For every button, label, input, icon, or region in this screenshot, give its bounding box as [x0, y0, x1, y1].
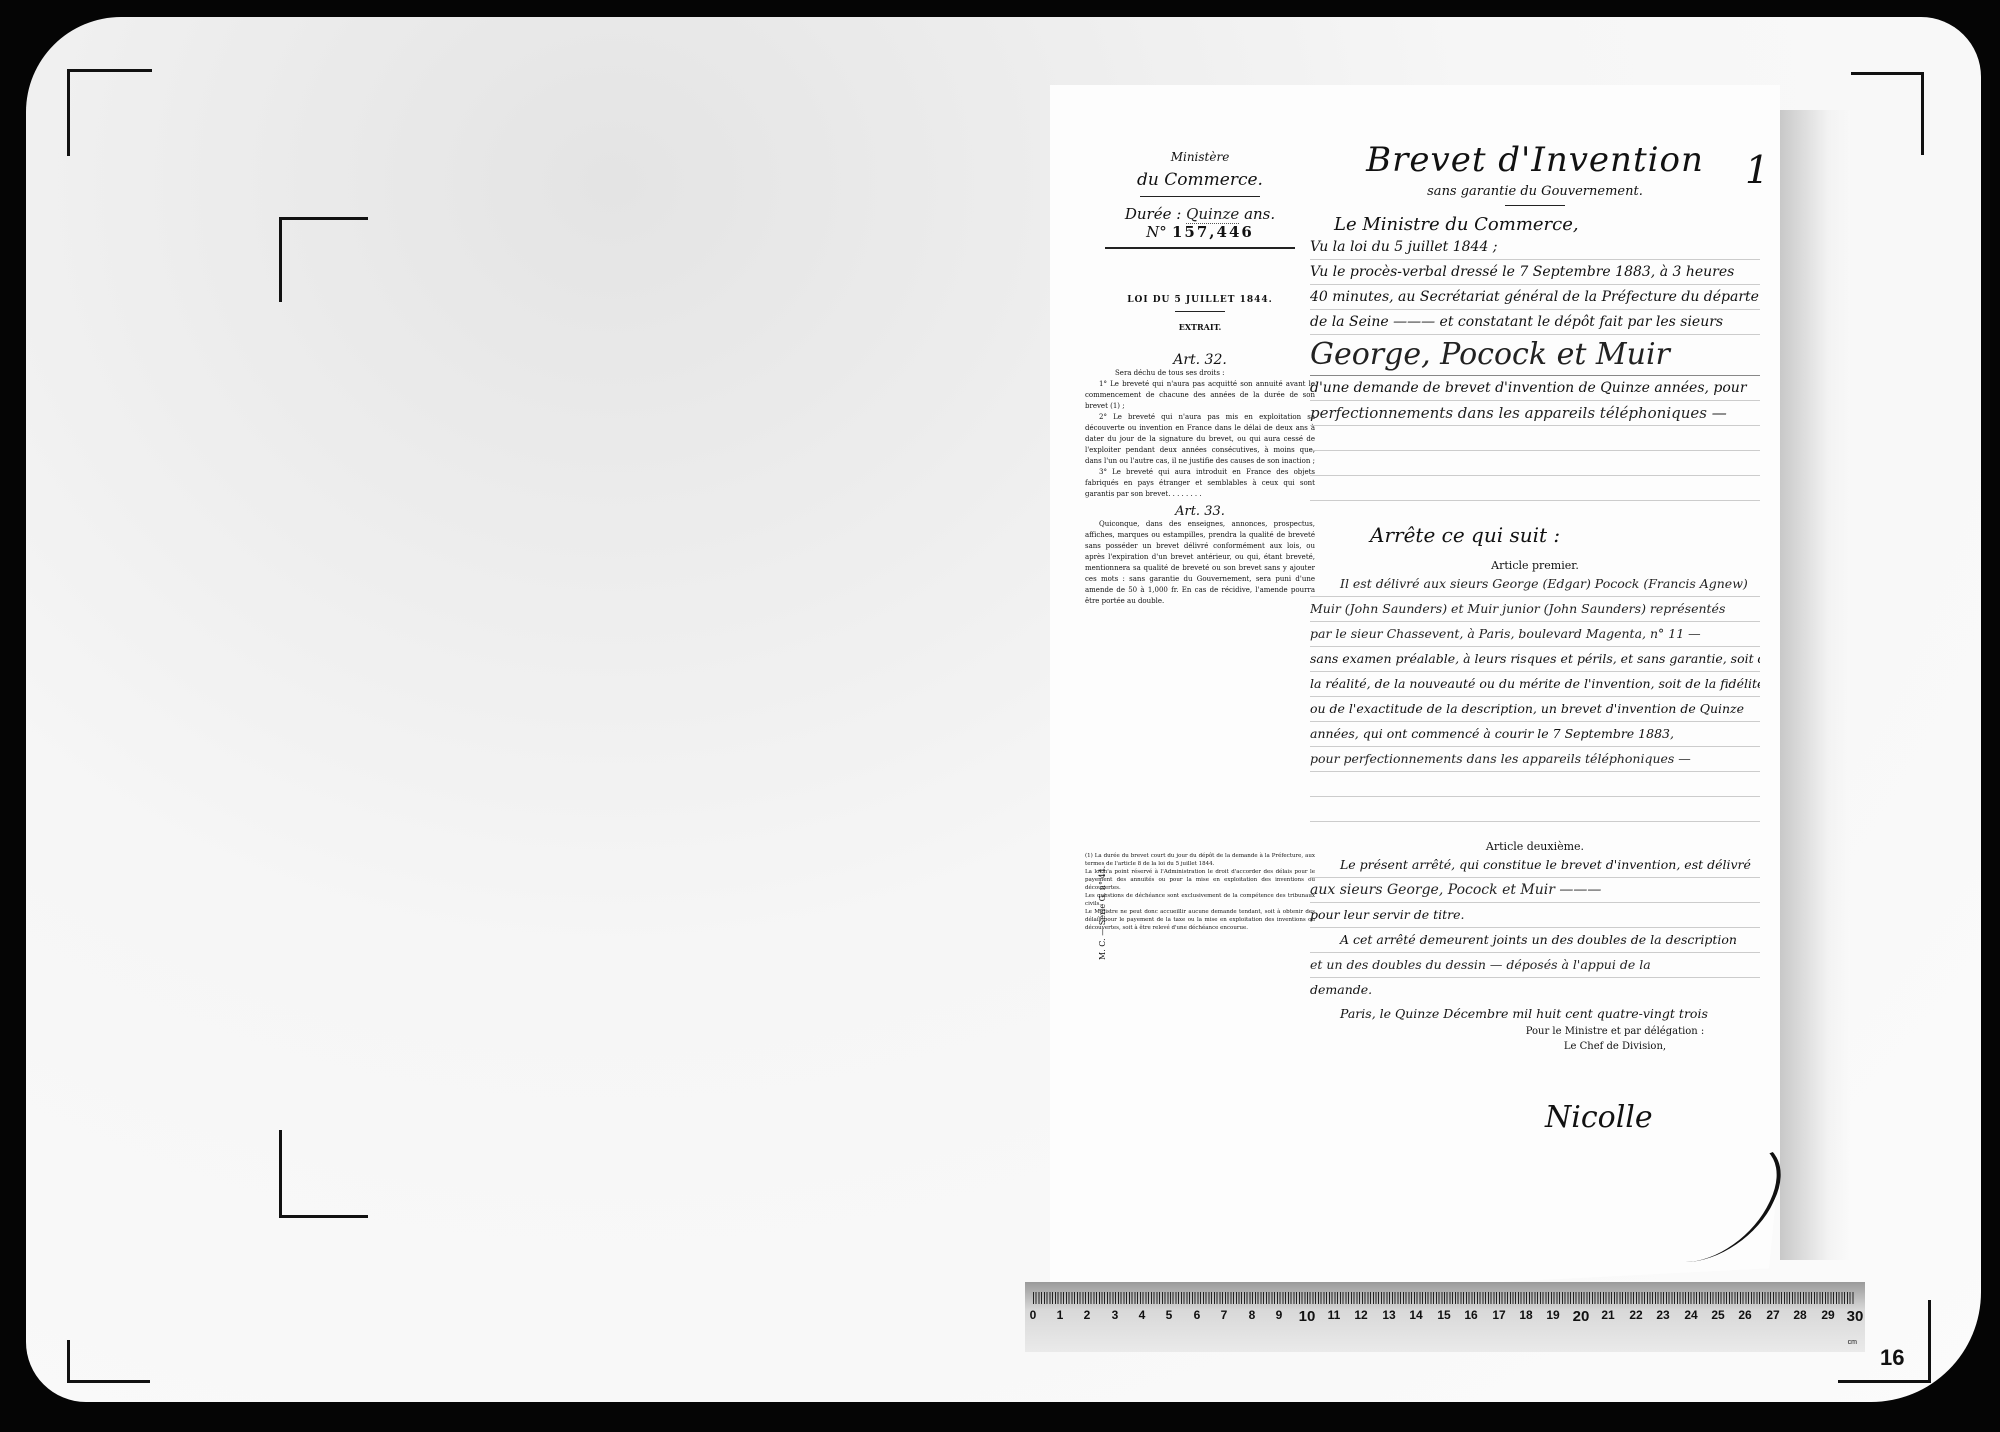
ruler-label: 28 — [1793, 1308, 1806, 1322]
ruler-label: 0 — [1030, 1308, 1037, 1322]
chief-title: Le Chef de Division, — [1470, 1041, 1760, 1052]
ruler-label: 30 — [1847, 1308, 1864, 1325]
page-number: 16 — [1880, 1345, 1904, 1371]
divider — [1505, 205, 1565, 206]
blank-line — [1310, 476, 1760, 501]
article1-line: sans examen préalable, à leurs risques e… — [1310, 647, 1760, 672]
duration-value: Quinze — [1186, 205, 1239, 224]
ruler-label: 24 — [1684, 1308, 1697, 1322]
ruler-label: 27 — [1766, 1308, 1779, 1322]
ruler-label: 5 — [1166, 1308, 1173, 1322]
ruler-label: 19 — [1546, 1308, 1559, 1322]
ruler-label: 6 — [1194, 1308, 1201, 1322]
art32-para-3: 3° Le breveté qui aura introduit en Fran… — [1085, 467, 1315, 500]
article1-title: Article premier. — [1310, 559, 1760, 572]
ruler-label: 8 — [1249, 1308, 1256, 1322]
article2-line: Le présent arrêté, qui constitue le brev… — [1310, 853, 1760, 878]
article1-line: ou de l'exactitude de la description, un… — [1310, 697, 1760, 722]
footnotes: (1) La durée du brevet court du jour du … — [1085, 852, 1315, 932]
sheet-number: 1 — [1745, 148, 1769, 192]
minister-heading: Le Ministre du Commerce, — [1334, 214, 1760, 235]
divider — [1105, 247, 1295, 249]
art32-para-0: Sera déchu de tous ses droits : — [1085, 368, 1315, 379]
article2-line: aux sieurs George, Pocock et Muir ——— — [1310, 878, 1760, 903]
ruler-unit: cm — [1848, 1339, 1857, 1346]
ruler-label: 13 — [1382, 1308, 1395, 1322]
patent-number-field: N° 157,446 — [1085, 223, 1315, 241]
blank-line — [1310, 451, 1760, 476]
article2-title: Article deuxième. — [1310, 840, 1760, 853]
crop-mark-bottom-left — [67, 1340, 150, 1383]
art33-text: Quiconque, dans des enseignes, annonces,… — [1085, 519, 1315, 607]
footnote-0: (1) La durée du brevet court du jour du … — [1085, 852, 1315, 868]
blank-line — [1310, 772, 1760, 797]
footnote-2: Les questions de déchéance sont exclusiv… — [1085, 892, 1315, 908]
crop-mark-inner-bottom-left — [279, 1130, 368, 1218]
ruler-label: 18 — [1519, 1308, 1532, 1322]
crop-mark-top-left — [67, 69, 152, 156]
article1-line: Il est délivré aux sieurs George (Edgar)… — [1310, 572, 1760, 597]
demand-line: d'une demande de brevet d'invention de Q… — [1310, 376, 1760, 401]
patent-number: 157,446 — [1172, 223, 1254, 241]
ruler-label: 3 — [1112, 1308, 1119, 1322]
art32-para-1: 1° Le breveté qui n'aura pas acquitté so… — [1085, 379, 1315, 412]
document-main-column: Brevet d'Invention sans garantie du Gouv… — [1310, 140, 1760, 1052]
law-heading: LOI DU 5 JUILLET 1844. — [1085, 295, 1315, 305]
art32-title: Art. 32. — [1085, 352, 1315, 368]
purpose-line: perfectionnements dans les appareils tél… — [1310, 401, 1760, 426]
duration-label: Durée : — [1125, 205, 1181, 223]
ruler-label: 25 — [1711, 1308, 1724, 1322]
vu-line-4: de la Seine ——— et constatant le dépôt f… — [1310, 310, 1760, 335]
duration-unit: ans. — [1244, 205, 1275, 223]
crop-mark-inner-top-left — [279, 217, 368, 302]
ruler-label: 21 — [1601, 1308, 1614, 1322]
blank-line — [1310, 797, 1760, 822]
form-reference: M. C. — Série G, n° 44. — [1098, 866, 1107, 960]
art33-title: Art. 33. — [1085, 504, 1315, 519]
article2-line: pour leur servir de titre. — [1310, 903, 1760, 928]
footnote-1: La loi n'a point réservé à l'Administrat… — [1085, 868, 1315, 892]
article1-line: par le sieur Chassevent, à Paris, boulev… — [1310, 622, 1760, 647]
ruler-label: 26 — [1738, 1308, 1751, 1322]
vu-line-2: Vu le procès-verbal dressé le 7 Septembr… — [1310, 260, 1760, 285]
article1-line: Muir (John Saunders) et Muir junior (Joh… — [1310, 597, 1760, 622]
art32-para-2: 2° Le breveté qui n'aura pas mis en expl… — [1085, 412, 1315, 467]
ruler-label: 15 — [1437, 1308, 1450, 1322]
vu-line-3: 40 minutes, au Secrétariat général de la… — [1310, 285, 1760, 310]
article2-line: demande. — [1310, 978, 1760, 1002]
vu-line-1: Vu la loi du 5 juillet 1844 ; — [1310, 235, 1760, 260]
ruler-label: 11 — [1328, 1308, 1341, 1322]
applicants-names: George, Pocock et Muir — [1310, 335, 1760, 376]
document-title: Brevet d'Invention — [1310, 140, 1760, 180]
ruler-label: 20 — [1573, 1308, 1590, 1325]
ruler-labels: 0 1 2 3 4 5 6 7 8 9 10 11 12 13 14 15 16… — [1025, 1308, 1865, 1328]
date-line: Paris, le Quinze Décembre mil huit cent … — [1310, 1002, 1760, 1026]
measurement-ruler: 0 1 2 3 4 5 6 7 8 9 10 11 12 13 14 15 16… — [1025, 1282, 1865, 1352]
arrete-heading: Arrête ce qui suit : — [1370, 523, 1760, 547]
ruler-label: 14 — [1409, 1308, 1422, 1322]
article1-line: années, qui ont commencé à courir le 7 S… — [1310, 722, 1760, 747]
ruler-label: 29 — [1821, 1308, 1834, 1322]
ministry-line2: du Commerce. — [1085, 170, 1315, 190]
number-label: N° — [1146, 223, 1167, 241]
document-left-column: Ministère du Commerce. Durée : Quinze an… — [1085, 140, 1315, 932]
article1-line: pour perfectionnements dans les appareil… — [1310, 747, 1760, 772]
extract-heading: EXTRAIT. — [1085, 322, 1315, 332]
ministry-line1: Ministère — [1085, 150, 1315, 164]
duration-field: Durée : Quinze ans. — [1085, 205, 1315, 223]
ruler-label: 17 — [1492, 1308, 1505, 1322]
ruler-label: 7 — [1221, 1308, 1228, 1322]
footnote-3: Le Ministre ne peut donc accueillir aucu… — [1085, 908, 1315, 932]
article2-line: A cet arrêté demeurent joints un des dou… — [1310, 928, 1760, 953]
ruler-label: 10 — [1299, 1308, 1316, 1325]
delegation-line: Pour le Ministre et par délégation : — [1470, 1026, 1760, 1037]
ruler-label: 22 — [1629, 1308, 1642, 1322]
blank-line — [1310, 426, 1760, 451]
ruler-label: 1 — [1057, 1308, 1064, 1322]
ruler-label: 9 — [1276, 1308, 1283, 1322]
page-shadow — [1780, 110, 1850, 1260]
divider — [1175, 311, 1225, 312]
article1-line: la réalité, de la nouveauté ou du mérite… — [1310, 672, 1760, 697]
article2-line: et un des doubles du dessin — déposés à … — [1310, 953, 1760, 978]
ruler-ticks — [1033, 1292, 1855, 1304]
ruler-label: 23 — [1656, 1308, 1669, 1322]
document-subtitle: sans garantie du Gouvernement. — [1310, 184, 1760, 199]
ruler-label: 16 — [1464, 1308, 1477, 1322]
signature: Nicolle — [1545, 1100, 1653, 1135]
divider — [1140, 196, 1260, 197]
ruler-label: 2 — [1084, 1308, 1091, 1322]
ruler-label: 12 — [1354, 1308, 1367, 1322]
ruler-label: 4 — [1139, 1308, 1146, 1322]
crop-mark-top-right — [1851, 72, 1924, 155]
